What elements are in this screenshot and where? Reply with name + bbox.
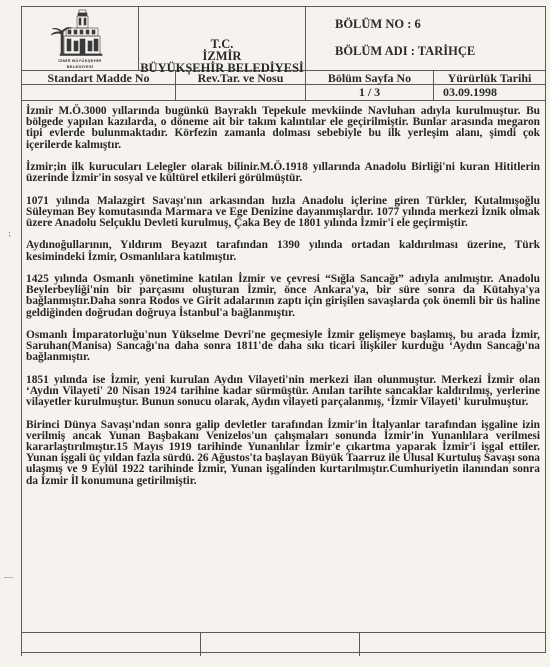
frame-right-border [545,6,546,652]
scan-mark: — [4,572,13,582]
clock-tower-icon [48,9,112,57]
logo-caption-line1: İZMİR BÜYÜKŞEHİR [22,58,138,63]
paragraph: İzmir M.Ö.3000 yıllarında bugünkü Bayrak… [26,106,540,151]
section-number: BÖLÜM NO : 6 [335,17,421,32]
section-name: BÖLÜM ADI : TARİHÇE [335,44,475,59]
paragraph: Birinci Dünya Savaşı'ndan sonra galip de… [26,420,540,487]
info-value-section-page: 1 / 3 [306,85,433,100]
paragraph: 1425 yılında Osmanlı yönetimine katılan … [26,274,540,319]
document-page: İZMİR BÜYÜKŞEHİR BELEDİYESİ T.C. İZMİR B… [0,0,550,667]
frame-left-border [21,6,22,656]
logo: İZMİR BÜYÜKŞEHİR BELEDİYESİ [22,7,138,70]
info-header-effective-date: Yürürlük Tarihi [434,71,545,85]
paragraph: 1071 yılında Malazgirt Savaşı'nın arkası… [26,196,540,230]
info-value-effective-date: 03.09.1998 [443,85,543,100]
footer-cell [360,634,545,649]
info-header-section-page: Bölüm Sayfa No [306,71,433,85]
footer-cell [201,634,359,649]
footer-top-border [21,632,546,633]
info-value-revision [176,85,305,100]
footer-bottom-border [21,652,546,653]
footer-cell [22,634,200,649]
paragraph: Osmanlı İmparatorluğu'nun Yükselme Devri… [26,330,540,364]
history-body: İzmir M.Ö.3000 yıllarında bugünkü Bayrak… [26,106,540,498]
info-header-standard-item-no: Standart Madde No [22,71,175,85]
info-values-bottom-border [21,100,546,101]
paragraph: 1851 yılında ise İzmir, yeni kurulan Ayd… [26,375,540,409]
organization-title: T.C. İZMİR BÜYÜKŞEHİR BELEDİYESİ [139,7,305,70]
logo-caption-line2: BELEDİYESİ [22,64,138,69]
header-divider-title [305,6,306,70]
paragraph: İzmir;in ilk kurucuları Lelegler olarak … [26,162,540,184]
info-value-standard-item-no [22,85,175,100]
info-header-revision: Rev.Tar. ve Nosu [176,71,305,85]
scan-mark: ⁏ [8,228,11,239]
paragraph: Aydınoğullarının, Yıldırım Beyazıt taraf… [26,240,540,262]
